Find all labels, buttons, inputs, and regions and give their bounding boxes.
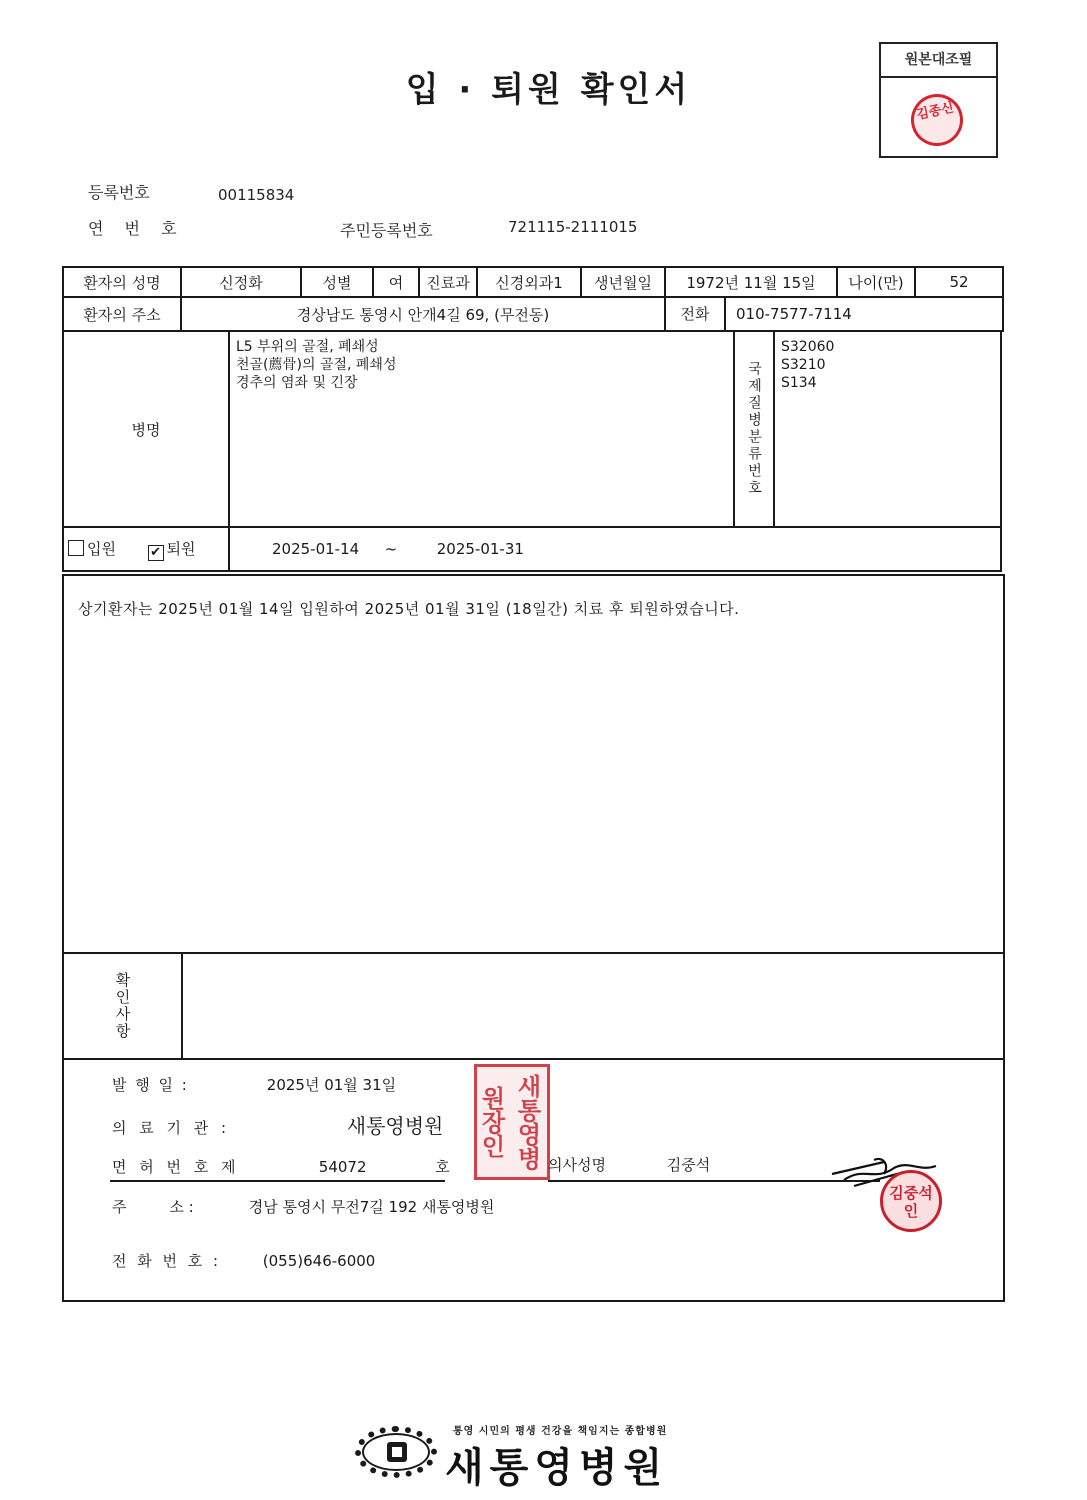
hospital-seal-text: 새통영병원장인 — [477, 1074, 541, 1170]
license-number: 54072 — [319, 1158, 367, 1176]
hospital-slogan: 통영 시민의 평생 건강을 책임지는 종합병원 — [453, 1422, 667, 1437]
resident-id-label: 주민등록번호 — [340, 218, 433, 241]
issuer-address-row: 주 소 : 경남 통영시 무전7길 192 새통영병원 — [112, 1196, 494, 1217]
issue-date-label: 발 행 일 : — [112, 1074, 252, 1095]
issuer-phone-row: 전 화 번 호 : (055)646-6000 — [112, 1250, 375, 1271]
admission-period: 2025-01-14 ~ 2025-01-31 — [229, 527, 1001, 571]
doctor-seal-icon: 김중석인 — [880, 1170, 942, 1232]
verify-box-label: 원본대조필 — [881, 44, 996, 78]
resident-id-value: 721115-2111015 — [508, 218, 637, 236]
icd-code: S134 — [781, 374, 994, 392]
admission-type-cell: 입원 ✔퇴원 — [63, 527, 229, 571]
icd-code-list: S32060 S3210 S134 — [774, 331, 1001, 527]
certificate-body: 상기환자는 2025년 01월 14일 입원하여 2025년 01월 31일 (… — [62, 574, 1005, 1302]
confirmation-row: 확인사항 — [64, 954, 1003, 1060]
issuer-section: 발 행 일 : 2025년 01월 31일 의 료 기 관 : 새통영병원 새통… — [64, 1060, 1003, 1300]
issue-date-row: 발 행 일 : 2025년 01월 31일 — [112, 1074, 396, 1095]
issuer-phone-value: (055)646-6000 — [263, 1252, 376, 1270]
institution-row: 의 료 기 관 : 새통영병원 — [112, 1110, 443, 1139]
address-label: 환자의 주소 — [63, 297, 181, 331]
hospital-footer-logo: 통영 시민의 평생 건강을 책임지는 종합병원 새통영병원 — [355, 1420, 725, 1482]
registration-number-value: 00115834 — [218, 186, 294, 204]
hospital-brand: 새통영병원 — [445, 1436, 668, 1493]
confirmation-label-cell: 확인사항 — [64, 954, 183, 1058]
admit-label: 입원 — [87, 540, 116, 558]
institution-label: 의 료 기 관 : — [112, 1117, 252, 1138]
institution-name: 새통영병원 — [347, 1114, 444, 1138]
phone-cell: 전화 010-7577-7114 — [665, 297, 1003, 331]
doctor-row: 의사성명 김중석 — [548, 1154, 710, 1175]
license-suffix: 호 — [435, 1158, 450, 1176]
admission-row: 입원 ✔퇴원 2025-01-14 ~ 2025-01-31 — [63, 527, 1001, 571]
license-underline — [110, 1180, 445, 1182]
dob-label: 생년월일 — [581, 267, 665, 297]
disease-item: 천골(薦骨)의 골절, 폐쇄성 — [236, 356, 727, 374]
diagnosis-row: 병명 L5 부위의 골절, 폐쇄성 천골(薦骨)의 골절, 폐쇄성 경추의 염좌… — [63, 331, 1001, 527]
address-value: 경상남도 통영시 안개4길 69, (무전동) — [181, 297, 665, 331]
license-label: 면 허 번 호 제 — [112, 1156, 252, 1177]
phone-value: 010-7577-7114 — [726, 305, 852, 323]
verification-seal-text: 김종신 — [915, 100, 955, 123]
license-row: 면 허 번 호 제 54072 호 — [112, 1156, 450, 1177]
doctor-name: 김중석 — [667, 1156, 710, 1174]
dob-value: 1972년 11월 15일 — [665, 267, 837, 297]
confirmation-content — [183, 954, 1003, 1058]
sex-label: 성별 — [301, 267, 373, 297]
doctor-label: 의사성명 — [548, 1156, 606, 1174]
department-label: 진료과 — [419, 267, 477, 297]
issuer-address-value: 경남 통영시 무전7길 192 새통영병원 — [249, 1198, 495, 1216]
registration-number-label: 등록번호 — [88, 180, 150, 203]
patient-row-2: 환자의 주소 경상남도 통영시 안개4길 69, (무전동) 전화 010-75… — [63, 297, 1003, 331]
verification-seal-icon: 김종신 — [906, 89, 968, 151]
statement-text: 상기환자는 2025년 01월 14일 입원하여 2025년 01월 31일 (… — [64, 576, 1003, 954]
original-verification-box: 원본대조필 김종신 — [879, 42, 998, 158]
serial-number-label: 연 번 호 — [88, 216, 185, 239]
age-value: 52 — [915, 267, 1003, 297]
admit-checkbox[interactable] — [68, 540, 84, 556]
phone-label: 전화 — [666, 298, 726, 330]
patient-name-value: 신정화 — [181, 267, 301, 297]
issuer-phone-label: 전 화 번 호 : — [112, 1250, 252, 1271]
patient-row-1: 환자의 성명 신정화 성별 여 진료과 신경외과1 생년월일 1972년 11월… — [63, 267, 1003, 297]
start-date: 2025-01-14 — [272, 540, 359, 558]
icd-label-cell: 국제질병분류번호 — [734, 331, 774, 527]
department-value: 신경외과1 — [477, 267, 581, 297]
confirmation-label: 확인사항 — [113, 972, 133, 1040]
end-date: 2025-01-31 — [437, 540, 524, 558]
diagnosis-label: 병명 — [63, 331, 229, 527]
doctor-seal-text: 김중석인 — [889, 1184, 932, 1220]
date-separator: ~ — [364, 540, 418, 558]
discharge-label: 퇴원 — [167, 540, 196, 558]
issuer-address-label: 주 소 : — [112, 1196, 252, 1217]
hospital-seal-icon: 새통영병원장인 — [474, 1064, 550, 1180]
patient-info-table: 환자의 성명 신정화 성별 여 진료과 신경외과1 생년월일 1972년 11월… — [62, 266, 1002, 572]
age-label: 나이(만) — [837, 267, 915, 297]
patient-name-label: 환자의 성명 — [63, 267, 181, 297]
disease-item: 경추의 염좌 및 긴장 — [236, 374, 727, 392]
icd-code: S3210 — [781, 356, 994, 374]
disease-item: L5 부위의 골절, 폐쇄성 — [236, 338, 727, 356]
sex-value: 여 — [373, 267, 419, 297]
icd-label: 국제질병분류번호 — [744, 361, 764, 497]
issue-date-value: 2025년 01월 31일 — [267, 1076, 396, 1094]
discharge-checkbox[interactable]: ✔ — [148, 545, 164, 561]
icd-code: S32060 — [781, 338, 994, 356]
hospital-emblem-icon — [355, 1426, 437, 1478]
disease-list: L5 부위의 골절, 폐쇄성 천골(薦骨)의 골절, 폐쇄성 경추의 염좌 및 … — [229, 331, 734, 527]
